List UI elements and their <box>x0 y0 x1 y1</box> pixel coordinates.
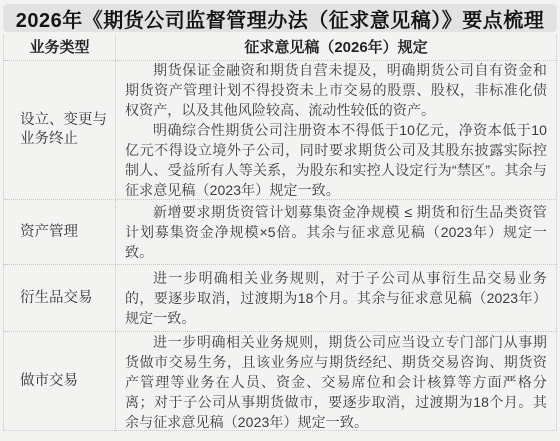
provision-paragraph: 明确综合性期货公司注册资本不得低于10亿元，净资本低于10亿元不得设立境外子公司… <box>125 120 547 199</box>
provision-paragraph: 新增要求期货资管计划募集资金净规模 ≤ 期货和衍生品类资管计划募集资金净规模×5… <box>125 202 547 262</box>
row-category-label: 衍生品交易 <box>4 265 116 331</box>
table-row-asset-management: 资产管理 新增要求期货资管计划募集资金净规模 ≤ 期货和衍生品类资管计划募集资金… <box>4 200 556 265</box>
row-category-label: 设立、变更与业务终止 <box>4 61 116 199</box>
page-title: 2026年《期货公司监督管理办法（征求意见稿）》要点梳理 <box>3 4 557 32</box>
column-header-business-type: 业务类型 <box>4 35 116 60</box>
row-provision-text: 进一步明确相关业务规则，对于子公司从事衍生品交易业务的，要逐步取消，过渡期为18… <box>116 265 556 331</box>
provision-paragraph: 进一步明确相关业务规则，期货公司应当设立专门部门从事期货做市交易生务，且该业务应… <box>125 332 547 431</box>
infographic-page: 2026年《期货公司监督管理办法（征求意见稿）》要点梳理 业务类型 征求意见稿（… <box>0 0 560 441</box>
table-header-row: 业务类型 征求意见稿（2026年）规定 <box>4 35 556 61</box>
row-provision-text: 进一步明确相关业务规则，期货公司应当设立专门部门从事期货做市交易生务，且该业务应… <box>116 332 556 431</box>
provision-paragraph: 进一步明确相关业务规则，对于子公司从事衍生品交易业务的，要逐步取消，过渡期为18… <box>125 268 547 328</box>
row-category-label: 做市交易 <box>4 332 116 431</box>
table-row-market-making: 做市交易 进一步明确相关业务规则，期货公司应当设立专门部门从事期货做市交易生务，… <box>4 332 556 431</box>
row-provision-text: 期货保证金融资和期货自营未提及，明确期货公司自有资金和期货资产管理计划不得投资未… <box>116 61 556 199</box>
table-row-setup-change-termination: 设立、变更与业务终止 期货保证金融资和期货自营未提及，明确期货公司自有资金和期货… <box>4 61 556 200</box>
key-points-table: 业务类型 征求意见稿（2026年）规定 设立、变更与业务终止 期货保证金融资和期… <box>3 35 557 431</box>
row-provision-text: 新增要求期货资管计划募集资金净规模 ≤ 期货和衍生品类资管计划募集资金净规模×5… <box>116 200 556 264</box>
table-row-derivatives-trading: 衍生品交易 进一步明确相关业务规则，对于子公司从事衍生品交易业务的，要逐步取消，… <box>4 265 556 332</box>
column-header-provisions-2026: 征求意见稿（2026年）规定 <box>116 35 556 60</box>
row-category-label: 资产管理 <box>4 200 116 264</box>
provision-paragraph: 期货保证金融资和期货自营未提及，明确期货公司自有资金和期货资产管理计划不得投资未… <box>125 61 547 120</box>
